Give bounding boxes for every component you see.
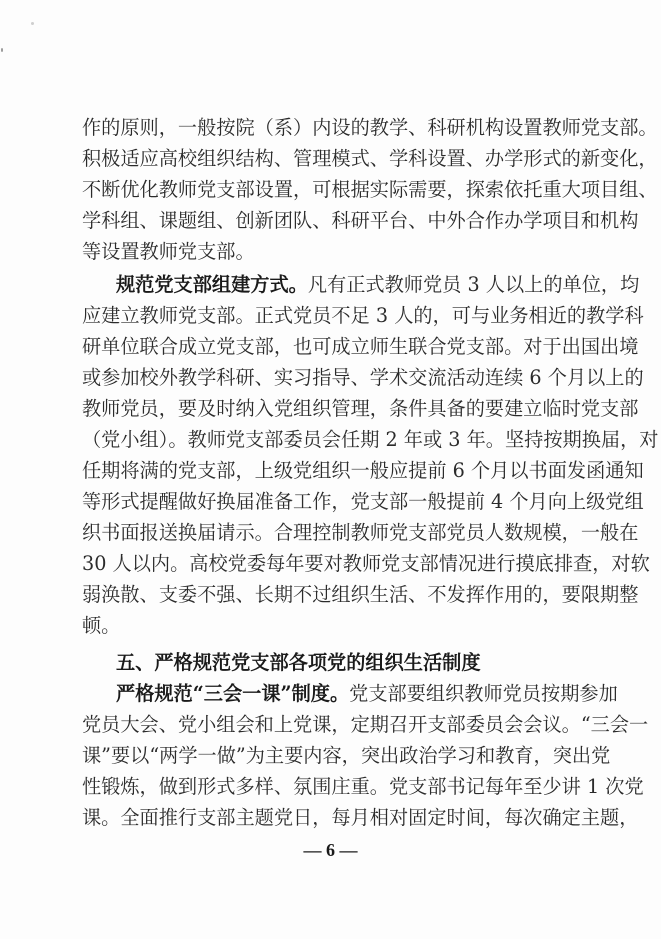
paragraph-three-meetings: 严格规范“三会一课”制度。党支部要组织教师党员按期参加 党员大会、党小组会和上党… xyxy=(82,678,579,833)
text-line: 30 人以内。高校党委每年要对教师党支部情况进行摸底排查，对软 xyxy=(82,548,579,579)
text-run: 党支部要组织教师党员按期参加 xyxy=(349,682,618,705)
paragraph-lead-bold: 规范党支部组建方式。 xyxy=(116,273,308,296)
text-line: 织书面报送换届请示。合理控制教师党支部党员人数规模，一般在 xyxy=(82,517,579,548)
text-line: 弱涣散、支委不强、长期不过组织生活、不发挥作用的，要限期整 xyxy=(82,579,579,610)
text-line: 性锻炼，做到形式多样、氛围庄重。党支部书记每年至少讲 1 次党 xyxy=(82,771,579,802)
text-line: 任期将满的党支部，上级党组织一般应提前 6 个月以书面发函通知 xyxy=(82,455,579,486)
text-line: 作的原则，一般按院（系）内设的教学、科研机构设置教师党支部。 xyxy=(82,112,579,143)
text-line: 等形式提醒做好换届准备工作，党支部一般提前 4 个月向上级党组 xyxy=(82,486,579,517)
text-line: 研单位联合成立党支部，也可成立师生联合党支部。对于出国出境 xyxy=(82,331,579,362)
page-number: — 6 — xyxy=(0,840,661,861)
section-heading: 五、严格规范党支部各项党的组织生活制度 xyxy=(82,647,579,678)
text-line: 等设置教师党支部。 xyxy=(82,236,579,267)
paragraph-continuation: 作的原则，一般按院（系）内设的教学、科研机构设置教师党支部。 积极适应高校组织结… xyxy=(82,112,579,267)
text-line: 课”要以“两学一做”为主要内容，突出政治学习和教育，突出党 xyxy=(82,740,579,771)
paragraph-branch-formation: 规范党支部组建方式。凡有正式教师党员 3 人以上的单位，均 应建立教师党支部。正… xyxy=(82,269,579,641)
text-line: （党小组）。教师党支部委员会任期 2 年或 3 年。坚持按期换届，对 xyxy=(82,424,579,455)
text-line-first: 严格规范“三会一课”制度。党支部要组织教师党员按期参加 xyxy=(82,678,579,709)
text-line: 应建立教师党支部。正式党员不足 3 人的，可与业务相近的教学科 xyxy=(82,300,579,331)
scan-speck xyxy=(1,48,3,52)
scan-speck xyxy=(31,22,34,25)
document-page: 作的原则，一般按院（系）内设的教学、科研机构设置教师党支部。 积极适应高校组织结… xyxy=(82,112,579,833)
text-line: 教师党员，要及时纳入党组织管理，条件具备的要建立临时党支部 xyxy=(82,393,579,424)
paragraph-lead-bold: 严格规范“三会一课”制度。 xyxy=(116,682,349,705)
text-line: 或参加校外教学科研、实习指导、学术交流活动连续 6 个月以上的 xyxy=(82,362,579,393)
text-line: 课。全面推行支部主题党日，每月相对固定时间，每次确定主题， xyxy=(82,802,579,833)
text-line-first: 规范党支部组建方式。凡有正式教师党员 3 人以上的单位，均 xyxy=(82,269,579,300)
text-line: 顿。 xyxy=(82,610,579,641)
text-line: 党员大会、党小组会和上党课，定期召开支部委员会会议。“三会一 xyxy=(82,709,579,740)
text-line: 学科组、课题组、创新团队、科研平台、中外合作办学项目和机构 xyxy=(82,205,579,236)
text-line: 不断优化教师党支部设置，可根据实际需要，探索依托重大项目组、 xyxy=(82,174,579,205)
text-line: 积极适应高校组织结构、管理模式、学科设置、办学形式的新变化， xyxy=(82,143,579,174)
text-run: 凡有正式教师党员 3 人以上的单位，均 xyxy=(308,273,639,296)
